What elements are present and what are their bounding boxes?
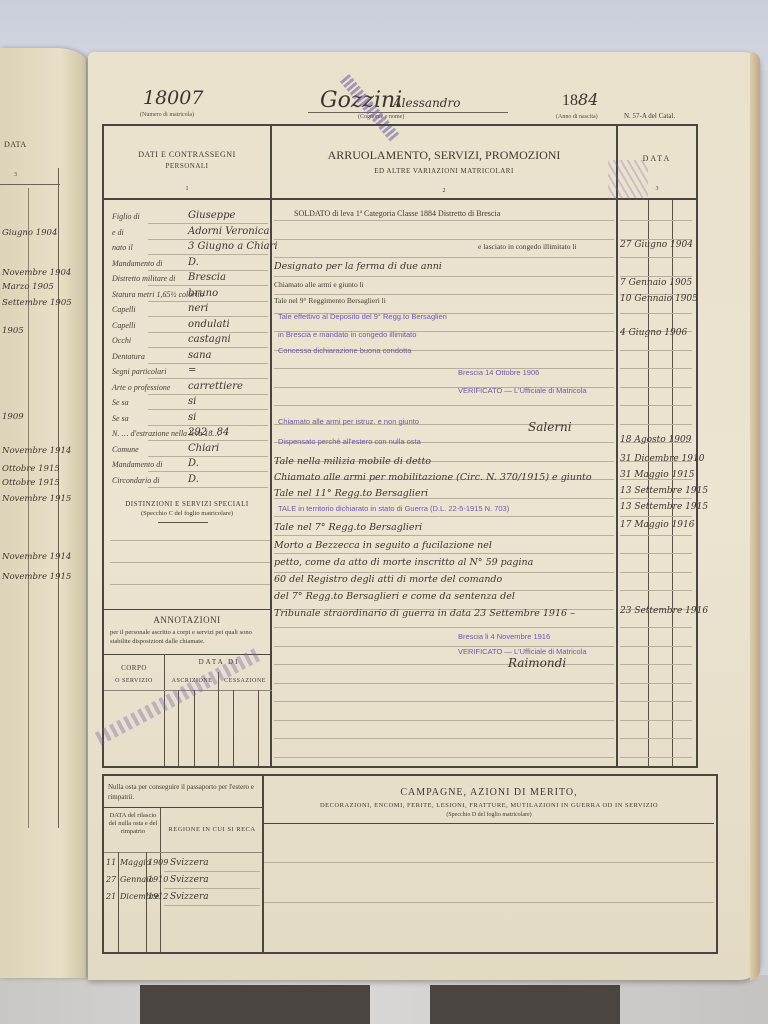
date-ruled-line	[620, 424, 692, 425]
passport-day: 27	[106, 875, 116, 884]
dotted-line	[148, 223, 268, 224]
service-entry: in Brescia e mandato in congedo illimita…	[278, 330, 416, 339]
personal-label: Figlio di	[112, 212, 140, 221]
personal-value: 3 Giugno a Chiari	[188, 241, 278, 252]
personal-value: Adorni Veronica	[188, 226, 269, 237]
left-page-date: Settembre 1905	[2, 298, 72, 308]
dotted-line	[148, 378, 268, 379]
left-page-date: Novembre 1915	[2, 494, 71, 504]
personal-value: castagni	[188, 334, 231, 345]
personal-label: Capelli	[112, 321, 136, 330]
left-page-date: Giugno 1904	[2, 228, 57, 238]
personal-value: si	[188, 396, 196, 407]
passport-line	[164, 871, 260, 872]
personal-value: sana	[188, 350, 212, 361]
ruled-line	[274, 516, 614, 517]
service-date: 10 Gennaio 1905	[620, 294, 698, 304]
date-ruled-line	[620, 498, 692, 499]
service-entry: TALE in territorio dichiarato in stato d…	[278, 504, 509, 513]
service-entry: Tribunale straordinario di guerra in dat…	[274, 608, 575, 619]
dotted-line	[148, 316, 268, 317]
campagne-note: (Specchio D del foglio matricolare)	[264, 812, 714, 818]
personal-label: Circondario di	[112, 476, 159, 485]
service-entry: petto, come da atto di morte inscritto a…	[274, 557, 533, 568]
left-date-header: DATA	[4, 140, 27, 149]
date-ruled-line	[620, 553, 692, 554]
passport-day: 21	[106, 892, 116, 901]
service-entry: VERIFICATO — L'Ufficiale di Matricola	[458, 647, 587, 656]
col1-title: DATI E CONTRASSEGNI	[102, 150, 272, 159]
ruled-line	[274, 627, 614, 628]
personal-label: Comune	[112, 445, 139, 454]
service-date: 7 Gennaio 1905	[620, 278, 692, 288]
annotazioni-title: ANNOTAZIONI	[102, 615, 272, 625]
ruled-line	[274, 701, 614, 702]
personal-value: ondulati	[188, 319, 230, 330]
dotted-line	[148, 487, 268, 488]
col2-number: 2	[272, 188, 616, 194]
personal-value: D.	[188, 474, 199, 485]
personal-label: Mandamento di	[112, 460, 162, 469]
personal-label: nato il	[112, 243, 133, 252]
passport-year: 1912	[148, 892, 168, 901]
ruled-line	[274, 720, 614, 721]
passport-month: Maggio	[120, 858, 151, 867]
passport-day: 11	[106, 858, 116, 867]
service-entry: Chiamato alle armi per mobilitazione (Ci…	[274, 472, 592, 483]
dotted-line	[148, 440, 268, 441]
date-ruled-line	[620, 257, 692, 258]
birth-year: 1884	[562, 90, 598, 110]
date-ruled-line	[620, 368, 692, 369]
date-ruled-line	[620, 720, 692, 721]
service-entry: Chiamato alle armi e giunto li	[274, 280, 364, 289]
dotted-line	[148, 471, 268, 472]
dotted-line	[148, 332, 268, 333]
left-page-date: Marzo 1905	[2, 282, 54, 292]
dotted-line	[148, 301, 268, 302]
service-date: 18 Agosto 1909	[620, 435, 691, 445]
service-date: 13 Settembre 1915	[620, 486, 708, 496]
service-entry: Tale effettivo al Deposito del 9° Regg.t…	[278, 312, 447, 321]
dotted-line	[148, 239, 268, 240]
personal-label: e di	[112, 228, 124, 237]
ruled-line	[274, 294, 614, 295]
service-date: 13 Settembre 1915	[620, 502, 708, 512]
personal-label: Occhi	[112, 336, 131, 345]
date-ruled-line	[620, 516, 692, 517]
personal-label: Arte o professione	[112, 383, 170, 392]
left-page-date: 1905	[2, 326, 24, 336]
dotted-line	[148, 285, 268, 286]
date-ruled-line	[620, 701, 692, 702]
service-entry: Concessa dichiarazione buona condotta	[278, 346, 411, 355]
passport-region: Svizzera	[170, 858, 209, 868]
date-ruled-line	[620, 276, 692, 277]
left-page-date: 1909	[2, 412, 24, 422]
given-name: Alessandro	[393, 96, 460, 110]
personal-value: neri	[188, 303, 208, 314]
personal-label: Se sa	[112, 398, 129, 407]
ruled-line	[274, 738, 614, 739]
campagne-subtitle: DECORAZIONI, ENCOMI, FERITE, LESIONI, FR…	[264, 802, 714, 809]
service-entry: Tale nel 9° Reggimento Bersaglieri li	[274, 296, 386, 305]
date-ruled-line	[620, 683, 692, 684]
col1-subtitle: PERSONALI	[102, 162, 272, 170]
passport-line	[164, 905, 260, 906]
left-page-date: Novembre 1904	[2, 268, 71, 278]
personal-value: si	[188, 412, 196, 423]
col1-number: 1	[102, 186, 272, 192]
annotazioni-text: per il personale ascritto a corpi e serv…	[110, 628, 270, 646]
ruled-line	[274, 239, 614, 240]
passport-col-date: DATA del rilascio del nulla osta e del r…	[106, 812, 160, 836]
dotted-line	[148, 254, 268, 255]
personal-label: Segni particolari	[112, 367, 166, 376]
person-leg-right	[430, 985, 620, 1024]
date-ruled-line	[620, 220, 692, 221]
ruled-line	[274, 220, 614, 221]
date-ruled-line	[620, 572, 692, 573]
passport-col-region: REGIONE IN CUI SI RECA	[162, 826, 262, 833]
personal-value: bruno	[188, 288, 218, 299]
personal-value: D.	[188, 257, 199, 268]
personal-value: Chiari	[188, 443, 219, 454]
personal-value: D.	[188, 458, 199, 469]
birth-year-caption: (Anno di nascita)	[556, 114, 598, 120]
passport-region: Svizzera	[170, 875, 209, 885]
distinzioni-subtitle: (Specchio C del foglio matricolare)	[102, 510, 272, 517]
personal-value: =	[188, 365, 196, 376]
service-entry: Designato per la ferma di due anni	[274, 261, 442, 272]
background-floor	[0, 975, 768, 1024]
service-entry: 60 del Registro degli atti di morte del …	[274, 574, 502, 585]
left-page-date: Novembre 1914	[2, 446, 71, 456]
ruled-line	[274, 757, 614, 758]
col2-subtitle: ED ALTRE VARIAZIONI MATRICOLARI	[272, 167, 616, 175]
registry-page: 18007 (Numero di matricola) Gozzini Ales…	[88, 52, 760, 980]
dotted-line	[148, 425, 268, 426]
personal-label: Dentatura	[112, 352, 145, 361]
ruled-line	[274, 276, 614, 277]
passport-year: 1909	[148, 858, 168, 867]
service-entry: Tale nella milizia mobile di detto	[274, 456, 431, 467]
col2-title: ARRUOLAMENTO, SERVIZI, PROMOZIONI	[272, 148, 616, 163]
dotted-line	[148, 394, 268, 395]
service-date: 31 Dicembre 1910	[620, 454, 704, 464]
dotted-line	[148, 409, 268, 410]
ruled-line	[274, 368, 614, 369]
service-entry: Dispensato perché all'estero con nulla o…	[278, 437, 421, 446]
service-entry: SOLDATO di leva 1ª Categoria Classe 1884…	[294, 209, 500, 218]
dotted-line	[148, 270, 268, 271]
matricola-number: 18007	[143, 87, 203, 109]
ruled-line	[274, 405, 614, 406]
personal-label: Se sa	[112, 414, 129, 423]
distinzioni-title: DISTINZIONI E SERVIZI SPECIALI	[102, 500, 272, 508]
service-entry: Tale nel 11° Regg.to Bersaglieri	[274, 488, 428, 499]
left-page-date: Ottobre 1915	[2, 464, 60, 474]
service-entry: VERIFICATO — L'Ufficiale di Matricola	[458, 386, 587, 395]
catalog-ref: N. 57-A del Catal.	[624, 112, 675, 120]
ruled-line	[274, 683, 614, 684]
left-page-date: Novembre 1915	[2, 572, 71, 582]
ruled-line	[274, 572, 614, 573]
date-ruled-line	[620, 535, 692, 536]
passport-year: 1910	[148, 875, 168, 884]
faint-stamp	[608, 160, 648, 200]
service-date: 31 Maggio 1915	[620, 470, 694, 480]
dotted-line	[148, 456, 268, 457]
left-page-date: Novembre 1914	[2, 552, 71, 562]
ruled-line	[274, 257, 614, 258]
personal-label: Distretto militare di	[112, 274, 175, 283]
service-date: 4 Giugno 1906	[620, 328, 687, 338]
date-ruled-line	[620, 738, 692, 739]
service-date: 17 Maggio 1916	[620, 520, 694, 530]
personal-label: Capelli	[112, 305, 136, 314]
personal-value: 292 · 84	[188, 427, 229, 438]
personal-label: Mandamento di	[112, 259, 162, 268]
left-page: DATA 3 Giugno 1904Novembre 1904Marzo 190…	[0, 48, 86, 978]
date-ruled-line	[620, 646, 692, 647]
service-entry: Morto a Bezzecca in seguito a fucilazion…	[274, 540, 492, 551]
service-entry: Brescia li 4 Novembre 1916	[458, 632, 550, 641]
annotazioni-col-servizio: O SERVIZIO	[104, 678, 164, 684]
left-col-number: 3	[14, 172, 17, 178]
date-ruled-line	[620, 590, 692, 591]
date-ruled-line	[620, 757, 692, 758]
campagne-title: CAMPAGNE, AZIONI DI MERITO,	[264, 787, 714, 798]
date-ruled-line	[620, 387, 692, 388]
service-date: 23 Settembre 1916	[620, 606, 708, 616]
annotazioni-col-cessazione: CESSAZIONE	[218, 678, 272, 684]
personal-value: Brescia	[188, 272, 226, 283]
service-entry: del 7° Regg.to Bersaglieri e come da sen…	[274, 591, 515, 602]
matricola-caption: (Numero di matricola)	[140, 112, 194, 118]
service-entry: Tale nel 7° Regg.to Bersaglieri	[274, 522, 422, 533]
passport-region: Svizzera	[170, 892, 209, 902]
date-ruled-line	[620, 405, 692, 406]
personal-value: carrettiere	[188, 381, 243, 392]
date-ruled-line	[620, 350, 692, 351]
personal-value: Giuseppe	[188, 210, 235, 221]
dotted-line	[148, 363, 268, 364]
service-entry: e lasciato in congedo illimitato li	[478, 242, 577, 251]
signature-first: Salerni	[528, 420, 572, 434]
date-ruled-line	[620, 313, 692, 314]
service-entry: Chiamato alle armi per istruz. e non giu…	[278, 417, 419, 426]
passport-line	[164, 888, 260, 889]
ruled-line	[274, 553, 614, 554]
annotazioni-col-corpo: CORPO	[104, 664, 164, 672]
signature-second: Raimondi	[508, 656, 566, 670]
date-ruled-line	[620, 664, 692, 665]
service-entry: Brescia 14 Ottobre 1906	[458, 368, 539, 377]
date-ruled-line	[620, 627, 692, 628]
passport-title: Nulla osta per conseguire il passaporto …	[108, 782, 258, 802]
service-date: 27 Giugno 1904	[620, 240, 693, 250]
dotted-line	[148, 347, 268, 348]
left-page-date: Ottobre 1915	[2, 478, 60, 488]
person-leg-left	[140, 985, 370, 1024]
ruled-line	[274, 535, 614, 536]
